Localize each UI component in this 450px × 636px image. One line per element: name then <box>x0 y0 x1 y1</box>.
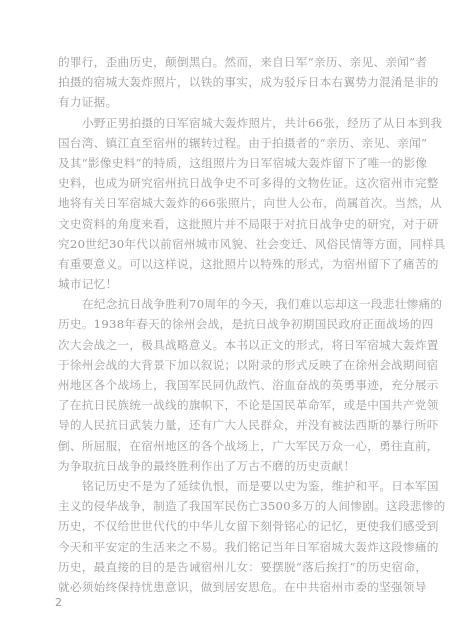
text-line: 倒、所屈服，在宿州地区的各个战场上，广大军民万众一心，勇往直前， <box>58 436 396 456</box>
text-line: 为争取抗日战争的最终胜利作出了万古不磨的历史贡献！ <box>58 456 396 476</box>
text-line: 历史，不仅给世世代代的中华儿女留下刻骨铭心的记忆，更使我们感受到 <box>58 516 396 536</box>
text-line: 有力证据。 <box>58 92 396 112</box>
text-line: 史料，也成为研究宿州抗日战争史不可多得的文物佐证。这次宿州市完整 <box>58 173 396 193</box>
text-line: 及其“影像史料”的特质，这组照片为日军宿城大轰炸留下了唯一的影像 <box>58 153 396 173</box>
text-line: 州地区各个战场上，我国军民同仇敌忾、浴血奋战的英勇事迹，充分展示 <box>58 375 396 395</box>
body-text: 的罪行，歪曲历史，颠倒黑白。然而，来自日军“亲历、亲见、亲闻”者拍摄的宿城大轰炸… <box>58 52 396 597</box>
paragraph: 在纪念抗日战争胜利70周年的今天，我们难以忘却这一段悲壮惨痛的历史。1938年春… <box>58 294 396 476</box>
text-line: 小野正男拍摄的日军宿城大轰炸照片，共计66张，经历了从日本到我 <box>58 113 396 133</box>
text-line: 就必须始终保持忧患意识，做到居安思危。在中共宿州市委的坚强领导 <box>58 577 396 597</box>
book-page: 的罪行，歪曲历史，颠倒黑白。然而，来自日军“亲历、亲见、亲闻”者拍摄的宿城大轰炸… <box>0 0 450 636</box>
text-line: 铭记历史不是为了延续仇恨，而是要以史为鉴，维护和平。日本军国 <box>58 476 396 496</box>
text-line: 了在抗日民族统一战线的旗帜下，不论是国民革命军，或是中国共产党领 <box>58 395 396 415</box>
text-line: 国台湾、镇江直至宿州的辗转过程。由于拍摄者的“亲历、亲见、亲闻” <box>58 133 396 153</box>
text-line: 在纪念抗日战争胜利70周年的今天，我们难以忘却这一段悲壮惨痛的 <box>58 294 396 314</box>
page-number: 2 <box>55 596 62 609</box>
paragraph: 小野正男拍摄的日军宿城大轰炸照片，共计66张，经历了从日本到我国台湾、镇江直至宿… <box>58 113 396 295</box>
text-line: 有重要意义。可以这样说，这批照片以特殊的形式，为宿州留下了痛苦的 <box>58 254 396 274</box>
text-line: 的罪行，歪曲历史，颠倒黑白。然而，来自日军“亲历、亲见、亲闻”者 <box>58 52 396 72</box>
text-line: 地将有关日军宿城大轰炸的66张照片，向世人公布，尚属首次。当然，从 <box>58 193 396 213</box>
paragraph: 的罪行，歪曲历史，颠倒黑白。然而，来自日军“亲历、亲见、亲闻”者拍摄的宿城大轰炸… <box>58 52 396 113</box>
text-line: 今天和平安定的生活来之不易。我们铭记当年日军宿城大轰炸这段惨痛的 <box>58 537 396 557</box>
text-line: 历史。1938年春天的徐州会战，是抗日战争初期国民政府正面战场的四 <box>58 314 396 334</box>
text-line: 次大会战之一，极具战略意义。本书以正文的形式，将日军宿城大轰炸置 <box>58 335 396 355</box>
text-line: 历史，最直接的目的是告诫宿州儿女：要摆脱“落后挨打”的历史宿命， <box>58 557 396 577</box>
text-line: 于徐州会战的大背景下加以叙说；以附录的形式反映了在徐州会战期间宿 <box>58 355 396 375</box>
text-line: 究20世纪30年代以前宿州城市风貌、社会变迁、风俗民情等方面，同样具 <box>58 234 396 254</box>
text-line: 文史资料的角度来看，这批照片并不局限于对抗日战争史的研究，对于研 <box>58 214 396 234</box>
text-line: 主义的侵华战争，制造了我国军民伤亡3500多万的人间惨剧。这段悲惨的 <box>58 496 396 516</box>
text-line: 城市记忆！ <box>58 274 396 294</box>
text-line: 导的人民抗日武装力量，还有广大人民群众，并没有被法西斯的暴行所吓 <box>58 415 396 435</box>
paragraph: 铭记历史不是为了延续仇恨，而是要以史为鉴，维护和平。日本军国主义的侵华战争，制造… <box>58 476 396 597</box>
text-line: 拍摄的宿城大轰炸照片，以铁的事实，成为驳斥日本右翼势力混淆是非的 <box>58 72 396 92</box>
